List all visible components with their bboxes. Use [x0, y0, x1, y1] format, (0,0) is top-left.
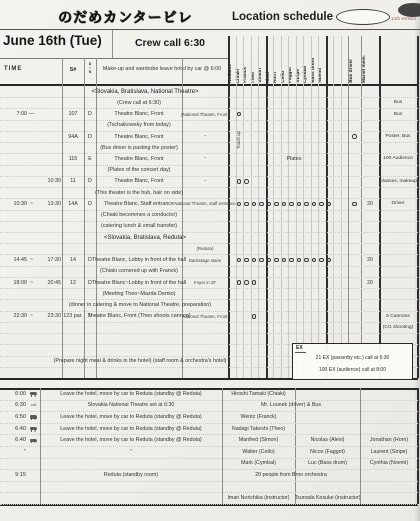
cast-name-cell: Nicos (Faggot)	[295, 446, 360, 458]
pickup-span-note: Mr. Lounek (driver) & Bus	[222, 400, 360, 412]
car-icon	[27, 434, 40, 446]
call-icon: call	[27, 400, 40, 412]
pickup-action: "	[40, 446, 222, 458]
pickup-action: Leave the hotel, move by car to Reduta (…	[40, 434, 222, 446]
car-icon-shape	[30, 439, 37, 442]
scanned-location-schedule: のだめカンタービレ Location schedule 14/5 version…	[0, 0, 420, 521]
cast-name-cell: Nicolas (Alexi)	[295, 434, 360, 446]
morning-pickup-table: 6:00Leave the hotel, move by car to Redu…	[0, 0, 418, 521]
pickup-action: Leave the hotel, move by car to Reduta (…	[40, 423, 222, 435]
pickup-action: Reduta (standby room)	[40, 469, 222, 481]
cast-name-cell: Cynthia (Noemi)	[360, 458, 418, 470]
car-icon	[27, 423, 40, 435]
car-icon	[27, 411, 40, 423]
cast-name-cell: Laurent (Stripe)	[360, 446, 418, 458]
cast-name-cell: Hiroshi Tamaki (Chiaki)	[222, 388, 295, 400]
cast-name-cell: Wentz (Franck)	[222, 411, 295, 423]
cast-name-cell: Tsunoda Kosuke (instructor)	[295, 492, 360, 504]
car-icon	[27, 388, 40, 400]
pickup-time: 6:40	[0, 434, 26, 446]
pickup-action: Leave the hotel, move by car to Reduta (…	[40, 388, 222, 400]
cast-name-cell: Manfred (Simon)	[222, 434, 295, 446]
car-icon-shape	[30, 427, 37, 430]
pickup-action: Leave the hotel, move by car to Reduta (…	[40, 411, 222, 423]
pickup-time: 6:40	[0, 423, 26, 435]
car-icon-shape	[30, 415, 37, 418]
cast-name-cell: Jonathan (Horn)	[360, 434, 418, 446]
car-icon-shape	[30, 392, 37, 395]
pickup-time: 9:15	[0, 469, 26, 481]
pickup-row: Imari Norichika (instructor)Tsunoda Kosu…	[0, 492, 418, 505]
cast-name-cell: Imari Norichika (instructor)	[222, 492, 295, 504]
pickup-time: 6:30	[0, 400, 26, 412]
cast-name-cell: Luc (Bass drum)	[295, 458, 360, 470]
pickup-time: "	[0, 446, 26, 458]
pickup-action: Slovakia National Theatre set at 6:30	[40, 400, 222, 412]
cast-name-cell: Mark (Cymbal)	[222, 458, 295, 470]
pickup-time: 6:00	[0, 388, 26, 400]
pickup-time: 6:50	[0, 411, 26, 423]
cast-name-cell: Nadagi Takeshi (Theo)	[222, 423, 295, 435]
cast-name-cell: Walter (Cello)	[222, 446, 295, 458]
pickup-span-note: 20 people from Brno orchestra	[222, 469, 360, 481]
